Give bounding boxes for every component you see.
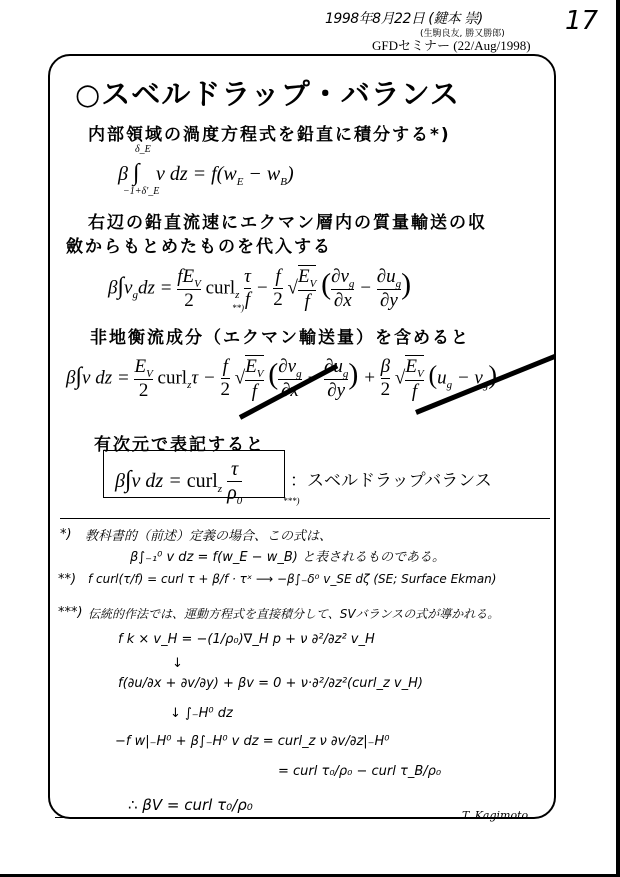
notes-divider: [60, 518, 550, 519]
note3-step: f k × v_H = −(1/ρ₀)∇_H p + ν ∂²/∂z² v_H: [118, 632, 375, 647]
footer-rule: [55, 817, 450, 818]
note1-line2: β∫₋₁⁰ v dz = f(w_E − w_B) と表されるものである。: [130, 546, 445, 565]
note3-step: −f w|₋H⁰ + β∫₋H⁰ v dz = curl_z ν ∂v/∂z|₋…: [115, 734, 390, 749]
section1-text: 内部領域の渦度方程式を鉛直に積分する*): [88, 120, 451, 145]
down-arrow-icon: ↓: [172, 656, 183, 671]
page-number: 17: [565, 6, 598, 36]
note1-line1: 教科書的（前述）定義の場合、この式は、: [85, 525, 332, 544]
note1-marker: *): [60, 527, 72, 542]
section2-marker: **): [232, 303, 244, 313]
section2-text-line2: 斂からもとめたものを代入する: [66, 232, 332, 257]
section4-equation: β∫v dz = curlz τρ0: [115, 458, 242, 507]
integral-lower-limit: −1+δ'_E: [123, 186, 159, 197]
note3-step: = curl τ₀/ρ₀ − curl τ_B/ρ₀: [278, 764, 441, 779]
header-seminar: GFDセミナー (22/Aug/1998): [372, 35, 531, 54]
note3-step: ↓ ∫₋H⁰ dz: [170, 706, 233, 721]
section1-equation: β δ_E ∫ −1+δ'_E v dz = f(wE − wB): [118, 160, 294, 188]
note3-line1: 伝統的作法では、運動方程式を直接積分して、SVバランスの式が導かれる。: [88, 605, 499, 622]
section2-equation: β∫vgdz = fEV2 curlz τf − f2 √EVf (∂vg∂x …: [108, 265, 411, 313]
note3-step: f(∂u/∂x + ∂v/∂y) + βv = 0 + ν·∂²/∂z²(cur…: [118, 676, 423, 691]
header-date: 1998年8月22日 (鍵本 崇): [325, 8, 483, 28]
section2-text-line1: 右辺の鉛直流速にエクマン層内の質量輸送の収: [88, 208, 487, 233]
note3-conclusion: ∴ βV = curl τ₀/ρ₀: [128, 796, 253, 814]
section4-marker: ***): [283, 496, 300, 506]
scan-edge-right: [616, 0, 620, 877]
author-signature: T. Kagimoto: [462, 809, 528, 822]
page-title: ○スベルドラップ・バランス: [75, 72, 460, 113]
note2-line1: f curl(τ/f) = curl τ + β/f · τˣ ⟶ −β∫₋δ⁰…: [88, 572, 496, 586]
section3-text: 非地衡流成分（エクマン輸送量）を含めると: [90, 323, 470, 348]
note2-marker: **): [58, 572, 76, 587]
sverdrup-label: ：スベルドラップバランス: [290, 466, 492, 491]
integral-upper-limit: δ_E: [135, 144, 151, 155]
note3-marker: ***): [58, 605, 83, 620]
